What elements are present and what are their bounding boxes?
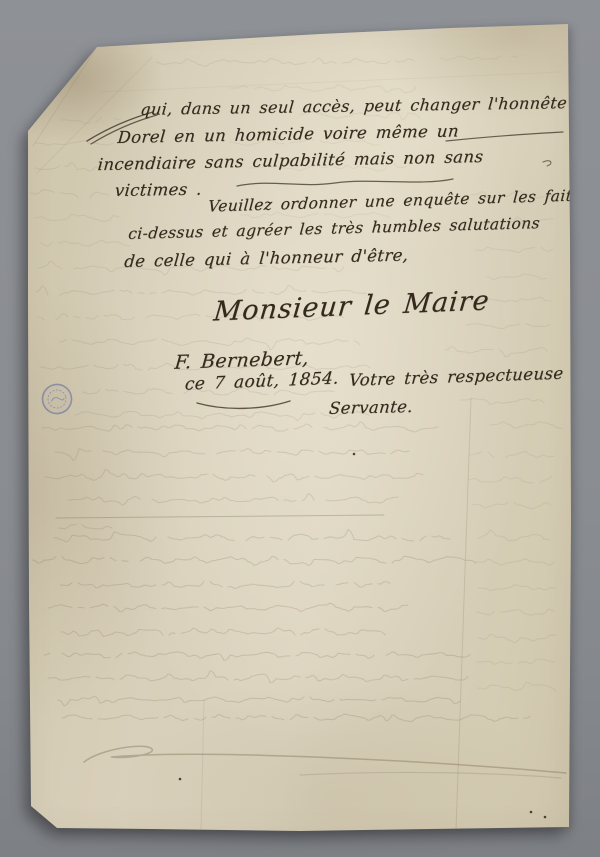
letter-line-2: Dorel en un homicide voire même un [117,121,460,147]
valediction-line-2: Servante. [328,397,414,418]
scanned-letter-page: qui, dans un seul accès, peut changer l'… [0,0,600,857]
letter-text-layer: qui, dans un seul accès, peut changer l'… [0,0,600,857]
letter-line-5: Veuillez ordonner une enquête sur les fa… [207,186,581,215]
salutation-line: Monsieur le Maire [212,285,491,327]
letter-line-7: de celle qui à l'honneur d'être, [124,245,410,270]
pencil-x-mark: x [243,21,252,36]
paper-sheet: qui, dans un seul accès, peut changer l'… [0,0,600,857]
letter-line-1: qui, dans un seul accès, peut changer l'… [140,93,568,119]
letter-line-3: incendiaire sans culpabilité mais non sa… [97,147,484,174]
letter-line-4: victimes . [114,180,203,200]
valediction-line-1: Votre très respectueuse [348,364,564,390]
letter-line-6: ci-dessus et agréer les très humbles sal… [128,214,541,243]
paper-shadow: qui, dans un seul accès, peut changer l'… [0,0,600,857]
